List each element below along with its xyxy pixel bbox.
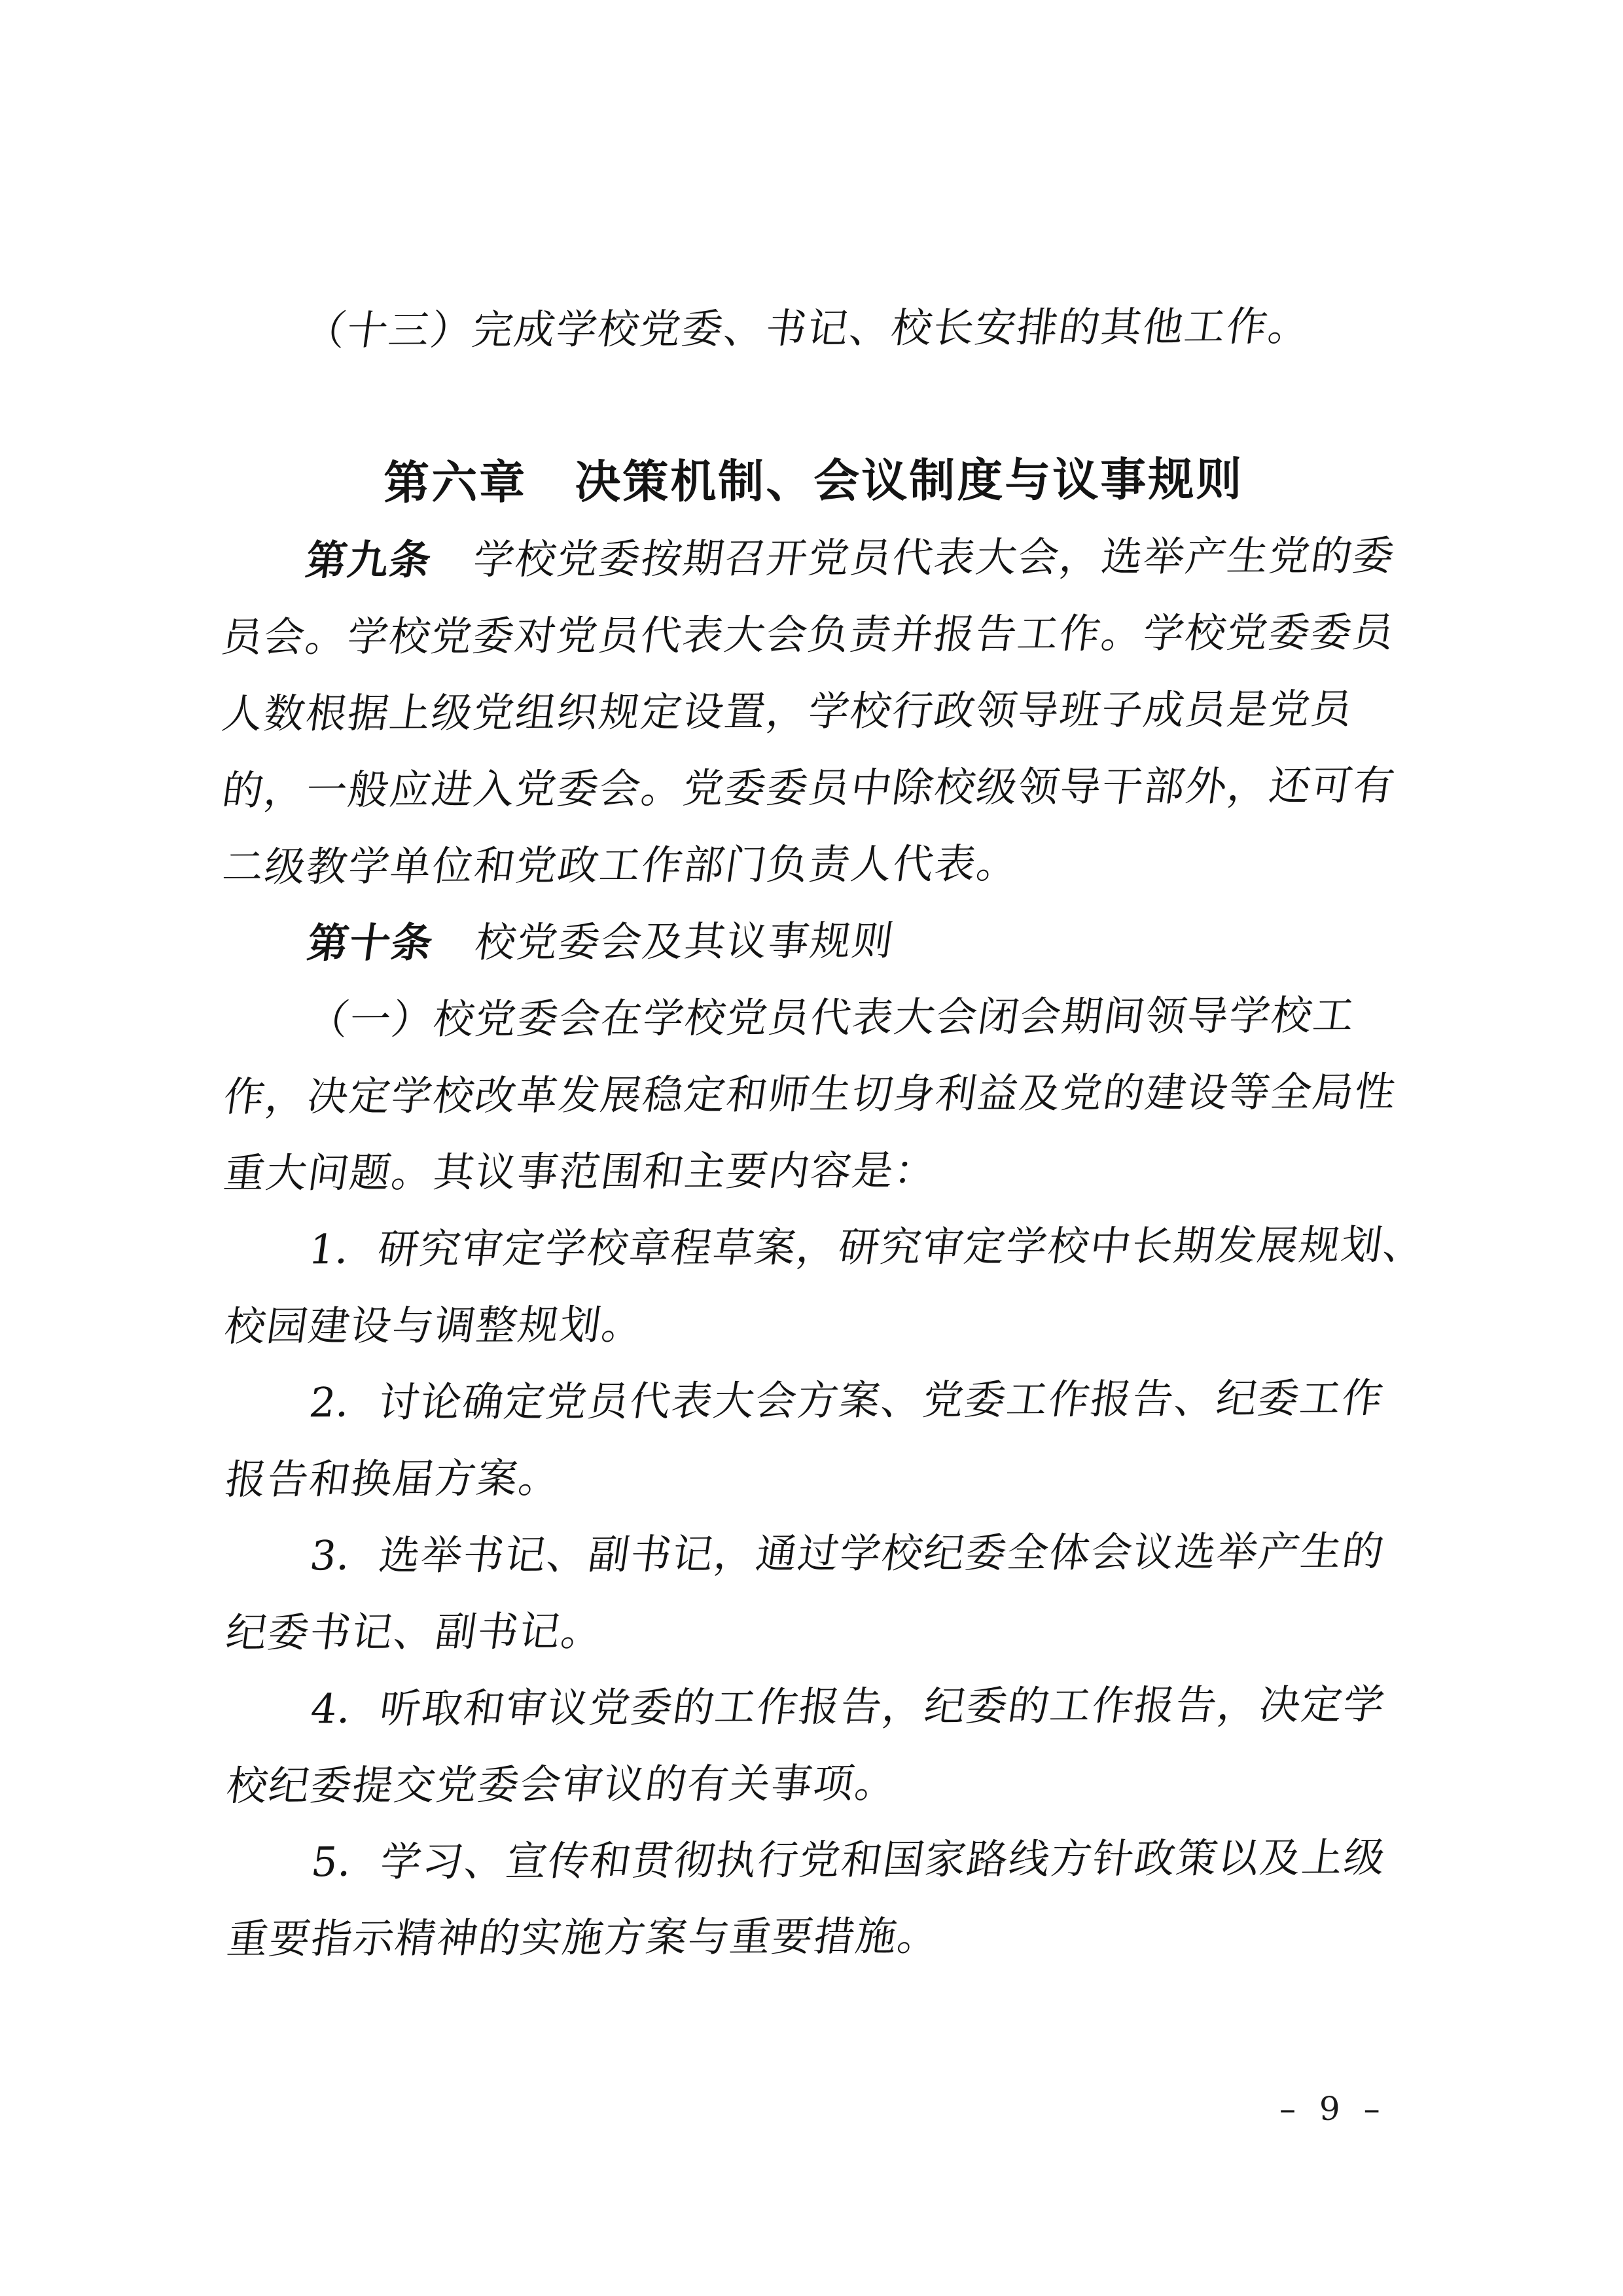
document-content: （十三）完成学校党委、书记、校长安排的其他工作。 第六章 决策机制、会议制度与议…: [221, 287, 1412, 1977]
body-text: 学校党委按期召开党员代表大会，选举产生党的委: [429, 531, 1399, 583]
body-text: 4．听取和审议党委的工作报告，纪委的工作报告，决定学: [308, 1680, 1388, 1732]
body-text: 5．学习、宣传和贯彻执行党和国家路线方针政策以及上级: [308, 1833, 1389, 1886]
page-number: – 9 –: [1279, 2089, 1387, 2128]
body-text: 1．研究审定学校章程草案，研究审定学校中长期发展规划、: [306, 1221, 1428, 1273]
text-line: 第九条 学校党委按期召开党员代表大会，选举产生党的委: [217, 517, 1412, 599]
text-line: 第十条 校党委会及其议事规则: [218, 900, 1413, 982]
body-text: 的，一般应进入党委会。党委委员中除校级领导干部外，还可有: [219, 761, 1399, 814]
body-text: 3．选举书记、副书记，通过学校纪委全体会议选举产生的: [307, 1527, 1387, 1579]
text-line: 人数根据上级党组织规定设置，学校行政领导班子成员是党员: [217, 670, 1412, 752]
body-text: 二级教学单位和党政工作部门负责人代表。: [220, 840, 1022, 891]
body-text: （十三）完成学校党委、书记、校长安排的其他工作。: [302, 302, 1313, 355]
chapter-heading: 第六章 决策机制、会议制度与议事规则: [221, 440, 1406, 522]
body-text: 纪委书记、副书记。: [223, 1607, 607, 1657]
body-text: 作，决定学校改革发展稳定和师生切身利益及党的建设等全局性: [221, 1067, 1400, 1121]
text-line: 二级教学单位和党政工作部门负责人代表。: [218, 823, 1413, 905]
article-number: 第九条: [303, 536, 435, 584]
document-page: （十三）完成学校党委、书记、校长安排的其他工作。 第六章 决策机制、会议制度与议…: [0, 0, 1623, 2296]
text-line: 5．学习、宣传和贯彻执行党和国家路线方针政策以及上级: [222, 1819, 1417, 1901]
body-text: 重要指示精神的实施方案与重要措施。: [224, 1912, 943, 1963]
text-line: 纪委书记、副书记。: [221, 1589, 1416, 1671]
text-line: 校园建设与调整规划。: [220, 1283, 1415, 1365]
body-text: 人数根据上级党组织规定设置，学校行政领导班子成员是党员: [219, 685, 1357, 738]
text-line: 4．听取和审议党委的工作报告，纪委的工作报告，决定学: [221, 1666, 1416, 1748]
chapter-heading-text: 第六章 决策机制、会议制度与议事规则: [383, 452, 1243, 510]
text-line: 1．研究审定学校章程草案，研究审定学校中长期发展规划、: [219, 1206, 1414, 1288]
body-text: 员会。学校党委对党员代表大会负责并报告工作。学校党委委员: [219, 608, 1398, 661]
text-line: 2．讨论确定党员代表大会方案、党委工作报告、纪委工作: [220, 1359, 1415, 1441]
text-line: （一）校党委会在学校党员代表大会闭会期间领导学校工: [219, 977, 1414, 1058]
text-line: （十三）完成学校党委、书记、校长安排的其他工作。: [215, 287, 1410, 369]
text-line: 作，决定学校改革发展稳定和师生切身利益及党的建设等全局性: [219, 1053, 1414, 1135]
article-number: 第十条: [304, 919, 437, 967]
body-text: 校园建设与调整规划。: [222, 1300, 647, 1350]
body-text: 重大问题。其议事范围和主要内容是：: [221, 1146, 940, 1197]
body-text: 报告和换届方案。: [223, 1454, 564, 1503]
text-line: 3．选举书记、副书记，通过学校纪委全体会议选举产生的: [221, 1513, 1416, 1594]
body-text: 2．讨论确定党员代表大会方案、党委工作报告、纪委工作: [306, 1374, 1387, 1426]
text-line: 报告和换届方案。: [221, 1436, 1416, 1518]
body-text: （一）校党委会在学校党员代表大会闭会期间领导学校工: [305, 991, 1359, 1043]
text-line: 员会。学校党委对党员代表大会负责并报告工作。学校党委委员: [217, 594, 1412, 675]
text-line: 重大问题。其议事范围和主要内容是：: [219, 1130, 1414, 1211]
text-line: 的，一般应进入党委会。党委委员中除校级领导干部外，还可有: [217, 747, 1412, 829]
text-line: 校纪委提交党委会审议的有关事项。: [222, 1742, 1417, 1824]
text-line: 重要指示精神的实施方案与重要措施。: [223, 1895, 1418, 1977]
body-text: 校党委会及其议事规则: [430, 916, 897, 966]
body-text: 校纪委提交党委会审议的有关事项。: [224, 1759, 901, 1810]
